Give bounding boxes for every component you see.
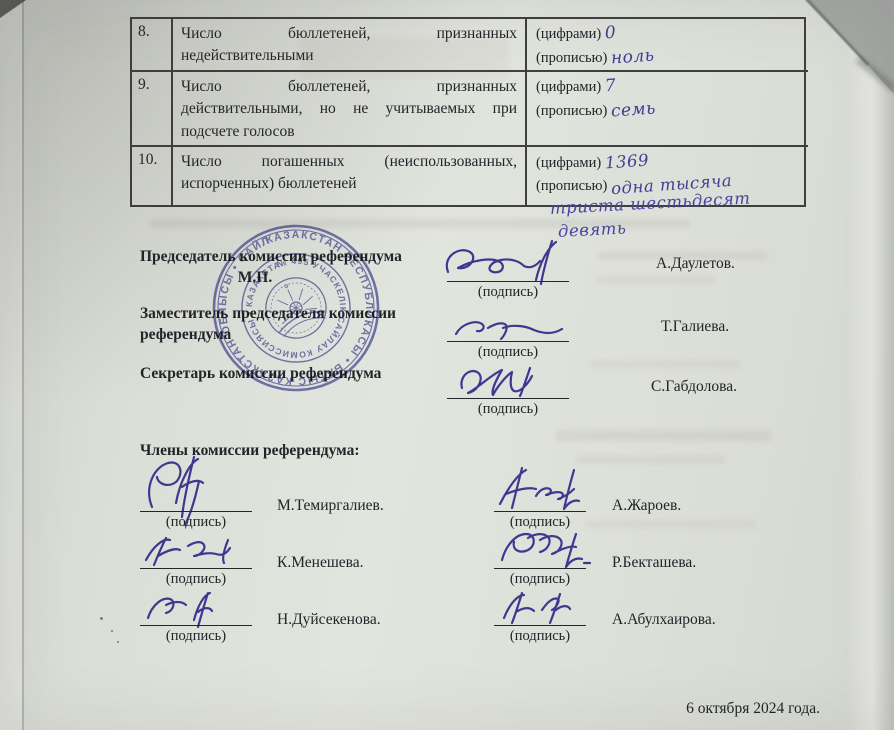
words-label: (прописью) (536, 103, 607, 119)
handwritten-digits: 1369 (604, 148, 650, 174)
words-label: (прописью) (536, 178, 607, 194)
deputy-title-line1: Заместитель председателя комиссии (140, 303, 470, 324)
member-name: А.Жароев. (612, 497, 681, 515)
bleedthrough-mark (575, 455, 725, 464)
member-podpis-label: (подпись) (140, 628, 252, 645)
bleedthrough-mark (556, 430, 771, 441)
handwritten-digits: 7 (604, 75, 617, 100)
digits-label: (цифрами) (536, 26, 601, 42)
member-name: Р.Бекташева. (612, 554, 696, 572)
member-podpis-label: (подпись) (494, 628, 586, 645)
row10-values: (цифрами) 1369 (прописью) одна тысяча тр… (527, 147, 808, 205)
row10-number: 10. (132, 147, 173, 205)
chairman-title: Председатель комиссии референдума (140, 246, 440, 267)
underlying-page-edge (0, 0, 22, 730)
row9-description: Число бюллетеней, признанных действитель… (173, 72, 527, 147)
secretary-podpis-label: (подпись) (447, 401, 569, 418)
member-signature-line (140, 511, 252, 512)
secretary-signature-line (447, 398, 569, 399)
member-signature-line (494, 625, 586, 626)
member-name: А.Абулхаирова. (612, 611, 716, 629)
member-signature-line (140, 568, 252, 569)
secretary-name: С.Габдолова. (651, 378, 737, 396)
row8-values: (цифрами) 0 (прописью) ноль (527, 19, 808, 72)
member-signature-line (140, 625, 252, 626)
ink-speckle (100, 617, 103, 620)
member-podpis-label: (подпись) (140, 571, 252, 588)
digits-label: (цифрами) (536, 79, 601, 95)
chairman-podpis-label: (подпись) (447, 284, 569, 301)
deputy-name: Т.Галиева. (661, 318, 729, 336)
member-signature (494, 590, 589, 633)
handwritten-words: семь (610, 97, 656, 124)
row9-number: 9. (132, 72, 173, 147)
member-name: К.Менешева. (277, 554, 364, 572)
handwritten-digits: 0 (604, 22, 617, 47)
member-signature-line (494, 568, 586, 569)
scanned-protocol-document: 8. Число бюллетеней, признанных недейств… (0, 0, 894, 730)
bleedthrough-mark (590, 360, 740, 369)
page-edge-crease (22, 0, 24, 730)
member-name: Н.Дуйсекенова. (277, 611, 381, 629)
results-table: 8. Число бюллетеней, признанных недейств… (130, 17, 806, 207)
handwritten-words: ноль (610, 44, 655, 71)
member-podpis-label: (подпись) (140, 514, 252, 531)
member-signature-line (494, 511, 586, 512)
ink-speckle (117, 641, 119, 643)
chairman-name: А.Даулетов. (656, 255, 735, 273)
deputy-title-line2: референдума (140, 324, 470, 345)
row8-number: 8. (132, 19, 173, 72)
row9-values: (цифрами) 7 (прописью) семь (527, 72, 808, 147)
secretary-title: Секретарь комиссии референдума (140, 363, 470, 384)
chairman-signature-line (447, 281, 569, 282)
row10-description: Число погашенных (неиспользованных, испо… (173, 147, 527, 205)
protocol-date: 6 октября 2024 года. (560, 700, 820, 718)
right-page-edge (846, 0, 894, 730)
bleedthrough-mark (596, 276, 716, 284)
bleedthrough-mark (585, 520, 755, 529)
member-name: М.Темиргалиев. (277, 497, 384, 515)
ink-speckle (111, 630, 113, 632)
deputy-podpis-label: (подпись) (447, 344, 569, 361)
seal-placeholder-label: М.П. (140, 267, 370, 288)
row8-description: Число бюллетеней, признанных недействите… (173, 19, 527, 72)
member-podpis-label: (подпись) (494, 571, 586, 588)
digits-label: (цифрами) (536, 155, 601, 171)
words-label: (прописью) (536, 50, 607, 66)
deputy-signature-line (447, 341, 569, 342)
